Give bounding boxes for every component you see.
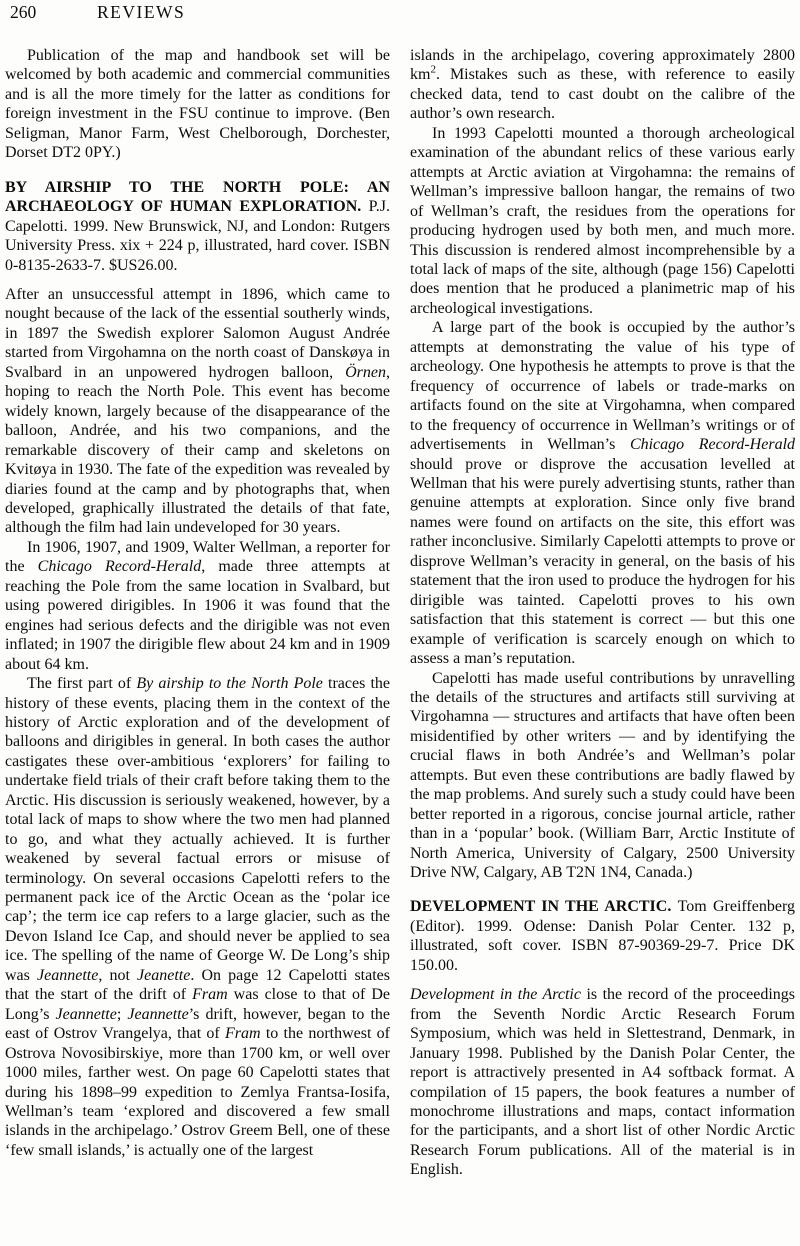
left-column: Publication of the map and handbook set …	[5, 46, 390, 1180]
review-title-text: DEVELOPMENT IN THE ARCTIC.	[410, 898, 678, 915]
italic-text-run: Chicago Record-Herald	[38, 558, 202, 575]
italic-text-run: Örnen	[345, 364, 386, 381]
book-citation-heading: DEVELOPMENT IN THE ARCTIC. Tom Greiffenb…	[410, 897, 795, 975]
text-run: The first part of	[27, 675, 136, 692]
text-run: traces the history of these events, plac…	[5, 675, 390, 984]
two-column-text-body: Publication of the map and handbook set …	[5, 46, 795, 1180]
book-citation-heading: BY AIRSHIP TO THE NORTH POLE: AN ARCHAEO…	[5, 178, 390, 275]
running-head-title: REVIEWS	[97, 2, 185, 22]
italic-text-run: Jeannette	[56, 1006, 117, 1023]
text-run: to the northwest of Ostrova Novosibirski…	[5, 1025, 390, 1159]
review-paragraph: Development in the Arctic is the record …	[410, 985, 795, 1180]
review-paragraph: The first part of By airship to the Nort…	[5, 674, 390, 1160]
text-run: , not	[98, 967, 137, 984]
italic-text-run: Fram	[225, 1025, 261, 1042]
italic-text-run: Development in the Arctic	[410, 986, 581, 1003]
text-run: , made three attempts at reaching the Po…	[5, 558, 390, 672]
italic-text-run: By airship to the North Pole	[136, 675, 323, 692]
text-run: is the record of the proceedings from th…	[410, 986, 795, 1178]
text-run: Capelotti has made useful contributions …	[410, 670, 795, 882]
text-run: A large part of the book is occupied by …	[410, 319, 795, 453]
text-run: In 1993 Capelotti mounted a thorough arc…	[410, 125, 795, 317]
text-run: Publication of the map and handbook set …	[5, 47, 390, 161]
text-run: . Mistakes such as these, with reference…	[410, 66, 795, 122]
italic-text-run: Jeanette	[137, 967, 190, 984]
italic-text-run: Chicago Record-Herald	[630, 436, 795, 453]
text-run: , hoping to reach the North Pole. This e…	[5, 364, 390, 537]
right-column: islands in the archipelago, covering app…	[410, 46, 795, 1180]
page-number: 260	[10, 2, 97, 22]
review-title-text: BY AIRSHIP TO THE NORTH POLE: AN ARCHAEO…	[5, 179, 390, 215]
italic-text-run: Jeannette	[127, 1006, 188, 1023]
text-run: should prove or disprove the accusation …	[410, 456, 795, 668]
review-paragraph: After an unsuccessful attempt in 1896, w…	[5, 285, 390, 538]
journal-review-page: 260REVIEWS Publication of the map and ha…	[0, 0, 800, 1246]
text-run: ;	[117, 1006, 128, 1023]
text-run: After an unsuccessful attempt in 1896, w…	[5, 286, 390, 381]
italic-text-run: Fram	[192, 986, 228, 1003]
review-paragraph: In 1906, 1907, and 1909, Walter Wellman,…	[5, 538, 390, 674]
review-paragraph: In 1993 Capelotti mounted a thorough arc…	[410, 124, 795, 319]
page-header: 260REVIEWS	[5, 2, 795, 22]
review-paragraph: Capelotti has made useful contributions …	[410, 669, 795, 883]
italic-text-run: Jeannette	[37, 967, 98, 984]
review-paragraph: islands in the archipelago, covering app…	[410, 46, 795, 124]
review-paragraph: Publication of the map and handbook set …	[5, 46, 390, 163]
review-paragraph: A large part of the book is occupied by …	[410, 318, 795, 668]
